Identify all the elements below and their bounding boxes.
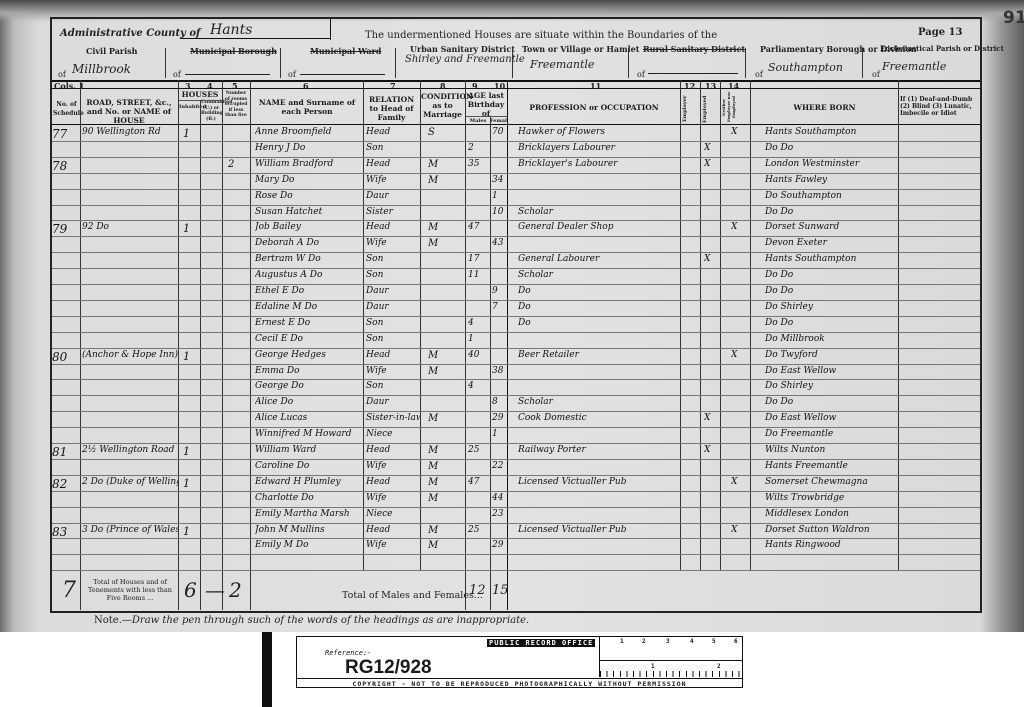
occupation-cell: Scholar	[518, 270, 678, 280]
col-employed-heading: Employed	[701, 95, 719, 123]
totals-schedule-count: 7	[62, 578, 76, 603]
where-born-cell: Dorset Sunward	[765, 222, 897, 232]
condition-cell: M	[428, 540, 464, 551]
relation-cell: Son	[366, 143, 420, 153]
female-age-cell: 44	[492, 493, 507, 503]
name-cell: Emma Do	[255, 366, 363, 376]
relation-cell: Wife	[366, 461, 420, 471]
road-cell: 92 Do	[82, 222, 178, 232]
where-born-cell: Wilts Nunton	[765, 445, 897, 455]
inhabited-cell: 1	[183, 127, 199, 140]
where-born-cell: Hants Southampton	[765, 254, 897, 264]
male-age-cell: 47	[468, 477, 490, 487]
where-born-cell: Devon Exeter	[765, 238, 897, 248]
name-cell: Charlotte Do	[255, 493, 363, 503]
name-cell: Susan Hatchet	[255, 207, 363, 217]
row-divider	[52, 491, 980, 492]
inhabited-cell: 1	[183, 525, 199, 538]
row-divider	[52, 332, 980, 333]
male-age-cell: 11	[468, 270, 490, 280]
col-inhabited-heading: Inhabited	[179, 104, 199, 110]
col-where-born-heading: WHERE BORN	[752, 103, 897, 112]
relation-cell: Niece	[366, 509, 420, 519]
employed-cell: X	[704, 413, 718, 423]
name-cell: Edward H Plumley	[255, 477, 363, 487]
relation-cell: Head	[366, 525, 420, 535]
where-born-cell: London Westminster	[765, 159, 897, 169]
where-born-cell: Do Do	[765, 143, 897, 153]
col-rooms-heading: Number of rooms occupied if less than fi…	[223, 91, 249, 119]
schedule-cell: 77	[52, 127, 80, 141]
rooms-cell: 2	[228, 159, 248, 170]
relation-cell: Wife	[366, 540, 420, 550]
admin-county-value: Hants	[210, 22, 252, 38]
female-age-cell: 29	[492, 540, 507, 550]
condition-cell: M	[428, 477, 464, 488]
female-age-cell: 38	[492, 366, 507, 376]
condition-cell: M	[428, 525, 464, 536]
row-divider	[52, 173, 980, 174]
condition-cell: M	[428, 238, 464, 249]
condition-cell: M	[428, 413, 464, 424]
male-age-cell: 25	[468, 445, 490, 455]
name-cell: Emily Martha Marsh	[255, 509, 363, 519]
folio-number: 91	[1003, 8, 1024, 28]
page-label-text: Page 13	[918, 27, 962, 38]
female-age-cell: 7	[492, 302, 507, 312]
female-age-cell: 1	[492, 429, 507, 439]
occupation-cell: Scholar	[518, 397, 678, 407]
relation-cell: Sister	[366, 207, 420, 217]
relation-cell: Head	[366, 445, 420, 455]
male-age-cell: 25	[468, 525, 490, 535]
employed-cell: X	[704, 254, 718, 264]
copyright-notice: COPYRIGHT - NOT TO BE REPRODUCED PHOTOGR…	[297, 678, 742, 688]
where-born-cell: Do Do	[765, 397, 897, 407]
where-born-cell: Hants Freemantle	[765, 461, 897, 471]
name-cell: Deborah A Do	[255, 238, 363, 248]
condition-cell: M	[428, 445, 464, 456]
where-born-cell: Do Do	[765, 207, 897, 217]
condition-cell: M	[428, 350, 464, 361]
relation-cell: Wife	[366, 366, 420, 376]
relation-cell: Son	[366, 318, 420, 328]
neither-cell: X	[731, 350, 747, 360]
male-age-cell: 1	[468, 334, 490, 344]
name-cell: Mary Do	[255, 175, 363, 185]
relation-cell: Wife	[366, 493, 420, 503]
schedule-cell: 79	[52, 222, 80, 236]
name-cell: Henry J Do	[255, 143, 363, 153]
row-divider	[52, 443, 980, 444]
row-divider	[52, 364, 980, 365]
totals-inhabited: 6	[184, 578, 197, 602]
occupation-cell: General Dealer Shop	[518, 222, 678, 232]
occupation-cell: Railway Porter	[518, 445, 678, 455]
name-cell: Winnifred M Howard	[255, 429, 363, 439]
where-born-cell: Do Freemantle	[765, 429, 897, 439]
reference-strip: PUBLIC RECORD OFFICE Reference:- RG12/92…	[262, 632, 782, 707]
row-divider	[52, 348, 980, 349]
parliamentary-value: Southampton	[768, 61, 843, 74]
name-cell: George Hedges	[255, 350, 363, 360]
row-divider	[52, 236, 980, 237]
ecclesiastical-label: Ecclesiastical Parish or District	[880, 44, 1004, 53]
col-houses-heading: HOUSES	[178, 90, 222, 99]
row-divider	[52, 284, 980, 285]
road-cell: 2½ Wellington Road	[82, 445, 178, 455]
ecclesiastical-value: Freemantle	[882, 60, 946, 73]
occupation-cell: Beer Retailer	[518, 350, 678, 360]
name-cell: Cecil E Do	[255, 334, 363, 344]
name-cell: William Ward	[255, 445, 363, 455]
occupation-cell: Bricklayer's Labourer	[518, 159, 678, 169]
municipal-ward-label: Municipal Ward	[310, 46, 381, 56]
name-cell: Caroline Do	[255, 461, 363, 471]
civil-parish-label: Civil Parish	[86, 46, 137, 56]
occupation-cell: Bricklayers Labourer	[518, 143, 678, 153]
employed-cell: X	[704, 159, 718, 169]
schedule-cell: 80	[52, 350, 80, 364]
female-age-cell: 70	[492, 127, 507, 137]
name-cell: Augustus A Do	[255, 270, 363, 280]
where-born-cell: Do Shirley	[765, 302, 897, 312]
occupation-cell: Hawker of Flowers	[518, 127, 678, 137]
condition-cell: S	[428, 127, 464, 138]
inhabited-cell: 1	[183, 350, 199, 363]
neither-cell: X	[731, 525, 747, 535]
inhabited-cell: 1	[183, 477, 199, 490]
relation-cell: Head	[366, 159, 420, 169]
relation-cell: Wife	[366, 175, 420, 185]
name-cell: Anne Broomfield	[255, 127, 363, 137]
where-born-cell: Do Twyford	[765, 350, 897, 360]
where-born-cell: Do Do	[765, 270, 897, 280]
name-cell: Ethel E Do	[255, 286, 363, 296]
name-cell: Ernest E Do	[255, 318, 363, 328]
row-divider	[52, 570, 980, 571]
where-born-cell: Hants Southampton	[765, 127, 897, 137]
row-divider	[52, 475, 980, 476]
col-occupation-heading: PROFESSION or OCCUPATION	[510, 103, 678, 112]
reference-label: Reference:-	[325, 649, 371, 657]
female-age-cell: 10	[492, 207, 507, 217]
name-cell: Alice Lucas	[255, 413, 363, 423]
reference-number: RG12/928	[345, 657, 432, 679]
male-age-cell: 40	[468, 350, 490, 360]
totals-females: 15	[492, 583, 509, 598]
row-divider	[52, 523, 980, 524]
urban-sanitary-label: Urban Sanitary District	[410, 44, 515, 54]
condition-cell: M	[428, 461, 464, 472]
col-infirmity-heading: If (1) Deaf-and-Dumb (2) Blind (3) Lunat…	[900, 96, 978, 117]
col-schedule-heading: No. of Schedule	[53, 100, 80, 118]
municipal-borough-label: Municipal Borough	[190, 46, 277, 56]
row-divider	[52, 395, 980, 396]
intro-text: The undermentioned Houses are situate wi…	[365, 30, 717, 41]
female-age-cell: 9	[492, 286, 507, 296]
where-born-cell: Do Millbrook	[765, 334, 897, 344]
male-age-cell: 4	[468, 381, 490, 391]
occupation-cell: Scholar	[518, 207, 678, 217]
where-born-cell: Do Do	[765, 318, 897, 328]
name-cell: Emily M Do	[255, 540, 363, 550]
relation-cell: Head	[366, 222, 420, 232]
male-age-cell: 35	[468, 159, 490, 169]
row-divider	[52, 157, 980, 158]
occupation-cell: Do	[518, 318, 678, 328]
where-born-cell: Middlesex London	[765, 509, 897, 519]
row-divider	[52, 507, 980, 508]
footnote: Note.—Draw the pen through such of the w…	[94, 615, 529, 626]
row-divider	[52, 379, 980, 380]
female-age-cell: 22	[492, 461, 507, 471]
male-age-cell: 4	[468, 318, 490, 328]
condition-cell: M	[428, 222, 464, 233]
relation-cell: Head	[366, 477, 420, 487]
road-cell: 3 Do (Prince of Wales Inn)	[82, 525, 178, 535]
row-divider	[52, 554, 980, 555]
census-page-scan: 91 Administrative County of Hants The un…	[0, 0, 1024, 632]
where-born-cell: Do Southampton	[765, 191, 897, 201]
occupation-cell: Do	[518, 286, 678, 296]
row-divider	[52, 252, 980, 253]
totals-persons-label: Total of Males and Females...	[342, 590, 483, 601]
totals-houses-label: Total of Houses and of Tenements with le…	[84, 578, 176, 602]
col-road-heading: ROAD, STREET, &c., and No. or NAME of HO…	[82, 98, 176, 125]
totals-rooms: 2	[229, 578, 242, 602]
relation-cell: Daur	[366, 302, 420, 312]
reference-box: PUBLIC RECORD OFFICE Reference:- RG12/92…	[296, 636, 743, 688]
urban-sanitary-value: Shirley and Freemantle	[405, 54, 525, 65]
town-value: Freemantle	[530, 58, 594, 71]
row-divider	[52, 316, 980, 317]
scale-ruler: 1 2 3 4 5 6 1 2	[599, 637, 743, 677]
name-cell: William Bradford	[255, 159, 363, 169]
row-divider	[52, 268, 980, 269]
inhabited-cell: 1	[183, 445, 199, 458]
female-age-cell: 29	[492, 413, 507, 423]
schedule-cell: 78	[52, 159, 80, 173]
row-divider	[52, 220, 980, 221]
occupation-cell: Cook Domestic	[518, 413, 678, 423]
condition-cell: M	[428, 493, 464, 504]
condition-cell: M	[428, 366, 464, 377]
name-cell: George Do	[255, 381, 363, 391]
where-born-cell: Do East Wellow	[765, 366, 897, 376]
where-born-cell: Hants Fawley	[765, 175, 897, 185]
neither-cell: X	[731, 222, 747, 232]
relation-cell: Son	[366, 270, 420, 280]
condition-cell: M	[428, 175, 464, 186]
relation-cell: Son	[366, 334, 420, 344]
relation-cell: Head	[366, 350, 420, 360]
female-age-cell: 8	[492, 397, 507, 407]
name-cell: Rose Do	[255, 191, 363, 201]
occupation-cell: General Labourer	[518, 254, 678, 264]
relation-cell: Daur	[366, 397, 420, 407]
col-employer-heading: Employer	[681, 95, 699, 123]
relation-cell: Daur	[366, 191, 420, 201]
occupation-cell: Licensed Victualler Pub	[518, 525, 678, 535]
col-neither-heading: Neither Employer nor Employed	[721, 90, 749, 124]
neither-cell: X	[731, 127, 747, 137]
male-age-cell: 47	[468, 222, 490, 232]
where-born-cell: Somerset Chewmagna	[765, 477, 897, 487]
female-age-cell: 34	[492, 175, 507, 185]
schedule-cell: 81	[52, 445, 80, 459]
totals-uninhabited: —	[205, 578, 225, 602]
schedule-cell: 82	[52, 477, 80, 491]
female-age-cell: 1	[492, 191, 507, 201]
schedule-cell: 83	[52, 525, 80, 539]
col-age-heading: AGE last Birthday of	[466, 91, 506, 118]
rural-sanitary-label: Rural Sanitary District	[643, 44, 745, 54]
neither-cell: X	[731, 477, 747, 487]
public-record-office-label: PUBLIC RECORD OFFICE	[487, 639, 595, 647]
inhabited-cell: 1	[183, 222, 199, 235]
name-cell: Alice Do	[255, 397, 363, 407]
row-divider	[52, 427, 980, 428]
employed-cell: X	[704, 445, 718, 455]
road-cell: 2 Do (Duke of Wellington Inn)	[82, 477, 178, 487]
row-divider	[52, 538, 980, 539]
where-born-cell: Dorset Sutton Waldron	[765, 525, 897, 535]
where-born-cell: Do Do	[765, 286, 897, 296]
totals-males: 12	[469, 583, 486, 598]
employed-cell: X	[704, 143, 718, 153]
where-born-cell: Wilts Trowbridge	[765, 493, 897, 503]
civil-parish-value: Millbrook	[72, 62, 131, 76]
col-relation-heading: RELATION to Head of Family	[364, 95, 419, 122]
row-divider	[52, 141, 980, 142]
relation-cell: Daur	[366, 286, 420, 296]
row-divider	[52, 300, 980, 301]
where-born-cell: Do Shirley	[765, 381, 897, 391]
occupation-cell: Do	[518, 302, 678, 312]
name-cell: John M Mullins	[255, 525, 363, 535]
where-born-cell: Hants Ringwood	[765, 540, 897, 550]
row-divider	[52, 411, 980, 412]
row-divider	[52, 189, 980, 190]
occupation-cell: Licensed Victualler Pub	[518, 477, 678, 487]
relation-cell: Sister-in-law	[366, 413, 420, 423]
relation-cell: Niece	[366, 429, 420, 439]
town-label: Town or Village or Hamlet	[522, 44, 639, 54]
relation-cell: Son	[366, 254, 420, 264]
col-condition-heading: CONDITION as to Marriage	[421, 92, 464, 119]
relation-cell: Wife	[366, 238, 420, 248]
row-divider	[52, 459, 980, 460]
name-cell: Bertram W Do	[255, 254, 363, 264]
male-age-cell: 2	[468, 143, 490, 153]
name-cell: Job Bailey	[255, 222, 363, 232]
relation-cell: Son	[366, 381, 420, 391]
relation-cell: Head	[366, 127, 420, 137]
female-age-cell: 23	[492, 509, 507, 519]
col-name-heading: NAME and Surname of each Person	[252, 98, 362, 116]
col-uninhabited-heading: Uninhabited (U.) or Building (B.)	[201, 100, 221, 122]
name-cell: Edaline M Do	[255, 302, 363, 312]
row-divider	[52, 205, 980, 206]
road-cell: (Anchor & Hope Inn) Beerhouse	[82, 350, 178, 360]
where-born-cell: Do East Wellow	[765, 413, 897, 423]
female-age-cell: 43	[492, 238, 507, 248]
condition-cell: M	[428, 159, 464, 170]
male-age-cell: 17	[468, 254, 490, 264]
road-cell: 90 Wellington Rd	[82, 127, 178, 137]
